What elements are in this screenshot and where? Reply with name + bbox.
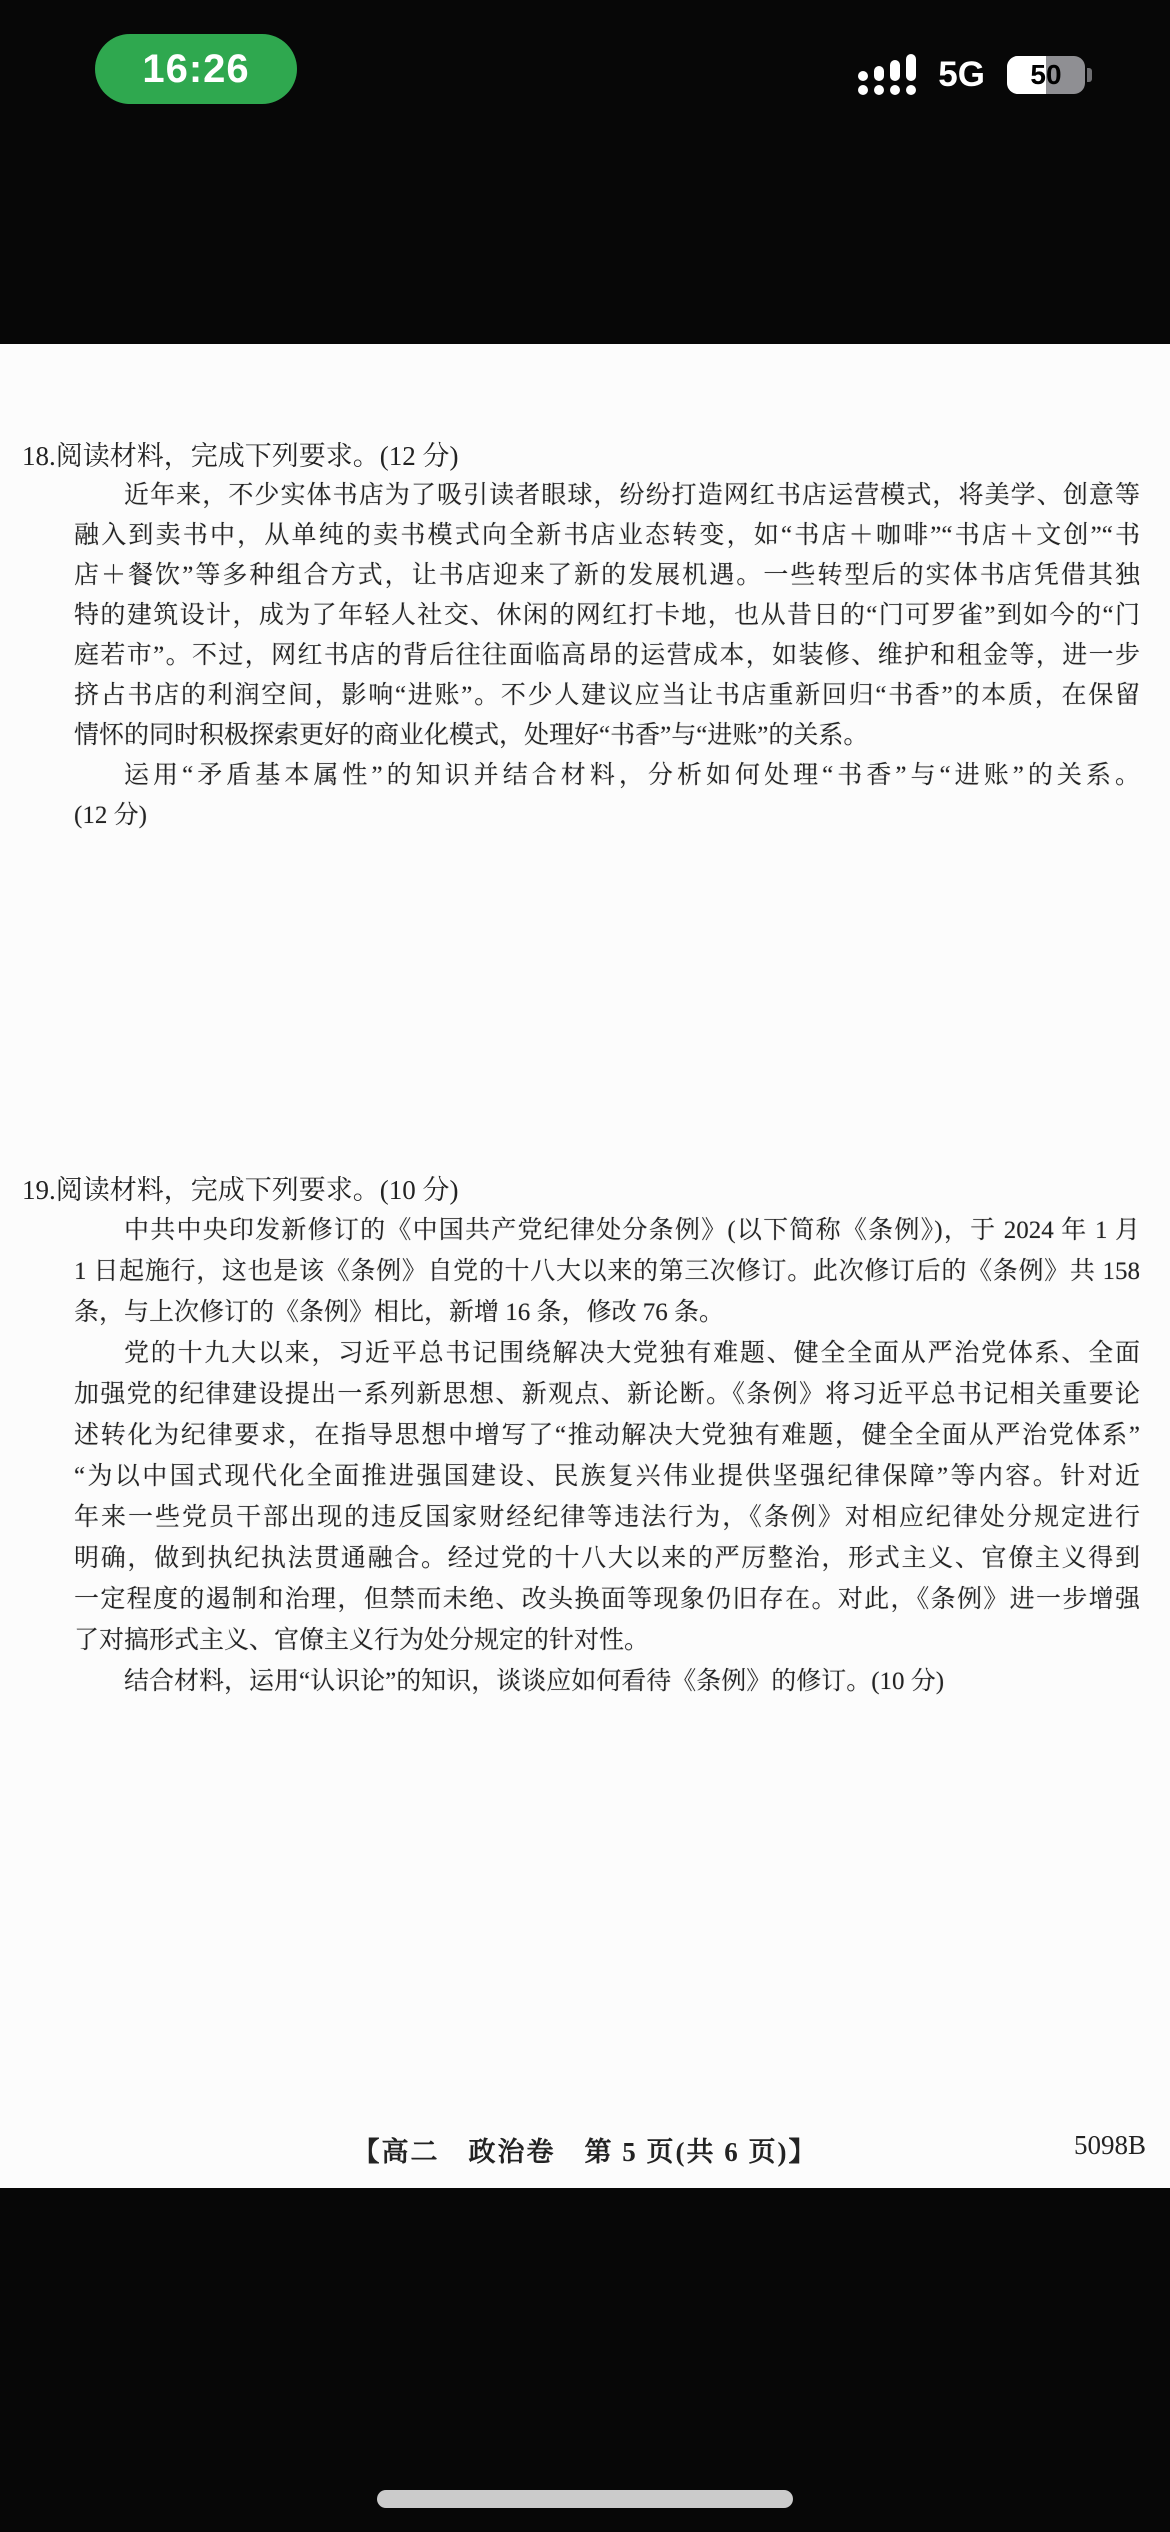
question-19: 19.阅读材料，完成下列要求。(10 分) 中共中央印发新修订的《中国共产党纪律…	[74, 1170, 1140, 1702]
text-line: 一定程度的遏制和治理，但禁而未绝、改头换面等现象仍旧存在。对此，《条例》进一步增…	[74, 1579, 1140, 1620]
status-time: 16:26	[142, 47, 249, 92]
question-18-heading: 18.阅读材料，完成下列要求。(12 分)	[22, 436, 1140, 476]
battery-icon: 50	[1007, 56, 1092, 94]
text-line: 了对搞形式主义、官僚主义行为处分规定的针对性。	[74, 1620, 1140, 1661]
home-indicator[interactable]	[377, 2490, 793, 2508]
battery-percent-label: 50	[1007, 56, 1085, 94]
text-line: 1 日起施行，这也是该《条例》自党的十八大以来的第三次修订。此次修订后的《条例》…	[74, 1251, 1140, 1292]
text-line: 挤占书店的利润空间，影响“进账”。不少人建议应当让书店重新回归“书香”的本质，在…	[74, 676, 1140, 716]
text-line: 条，与上次修订的《条例》相比，新增 16 条，修改 76 条。	[74, 1292, 1140, 1333]
text-line: 述转化为纪律要求，在指导思想中增写了“推动解决大党独有难题，健全全面从严治党体系…	[74, 1415, 1140, 1456]
text-line: 党的十九大以来，习近平总书记围绕解决大党独有难题、健全全面从严治党体系、全面	[74, 1333, 1140, 1374]
text-line: 特的建筑设计，成为了年轻人社交、休闲的网红打卡地，也从昔日的“门可罗雀”到如今的…	[74, 596, 1140, 636]
battery-cap	[1087, 68, 1092, 82]
text-line: 运用“矛盾基本属性”的知识并结合材料，分析如何处理“书香”与“进账”的关系。	[74, 756, 1140, 796]
text-line: 结合材料，运用“认识论”的知识，谈谈应如何看待《条例》的修订。(10 分)	[74, 1661, 1140, 1702]
text-line: 融入到卖书中，从单纯的卖书模式向全新书店业态转变，如“书店＋咖啡”“书店＋文创”…	[74, 516, 1140, 556]
paper-code: 5098B	[1074, 2130, 1146, 2161]
page-footer: 【高二 政治卷 第 5 页(共 6 页)】 5098B	[0, 2130, 1170, 2166]
cellular-signal-icon	[858, 55, 916, 95]
text-line: 近年来，不少实体书店为了吸引读者眼球，纷纷打造网红书店运营模式，将美学、创意等	[74, 476, 1140, 516]
question-18: 18.阅读材料，完成下列要求。(12 分) 近年来，不少实体书店为了吸引读者眼球…	[74, 436, 1140, 836]
status-icons: 5G 50	[858, 54, 1092, 96]
status-bar: 16:26 5G 50	[0, 0, 1170, 120]
network-type-label: 5G	[938, 55, 985, 95]
text-line: 明确，做到执纪执法贯通融合。经过党的十八大以来的严厉整治，形式主义、官僚主义得到	[74, 1538, 1140, 1579]
text-line: 店＋餐饮”等多种组合方式，让书店迎来了新的发展机遇。一些转型后的实体书店凭借其独	[74, 556, 1140, 596]
text-line: (12 分)	[74, 796, 1140, 836]
text-line: 中共中央印发新修订的《中国共产党纪律处分条例》(以下简称《条例》)，于 2024…	[74, 1210, 1140, 1251]
time-pill[interactable]: 16:26	[95, 34, 297, 104]
exam-page-photo[interactable]: 18.阅读材料，完成下列要求。(12 分) 近年来，不少实体书店为了吸引读者眼球…	[0, 344, 1170, 2188]
text-line: 年来一些党员干部出现的违反国家财经纪律等违法行为，《条例》对相应纪律处分规定进行	[74, 1497, 1140, 1538]
text-line: 庭若市”。不过，网红书店的背后往往面临高昂的运营成本，如装修、维护和租金等，进一…	[74, 636, 1140, 676]
footer-title: 【高二 政治卷 第 5 页(共 6 页)】	[0, 2130, 1170, 2169]
text-line: 加强党的纪律建设提出一系列新思想、新观点、新论断。《条例》将习近平总书记相关重要…	[74, 1374, 1140, 1415]
question-19-heading: 19.阅读材料，完成下列要求。(10 分)	[22, 1170, 1140, 1210]
text-line: “为以中国式现代化全面推进强国建设、民族复兴伟业提供坚强纪律保障”等内容。针对近	[74, 1456, 1140, 1497]
text-line: 情怀的同时积极探索更好的商业化模式，处理好“书香”与“进账”的关系。	[74, 716, 1140, 756]
